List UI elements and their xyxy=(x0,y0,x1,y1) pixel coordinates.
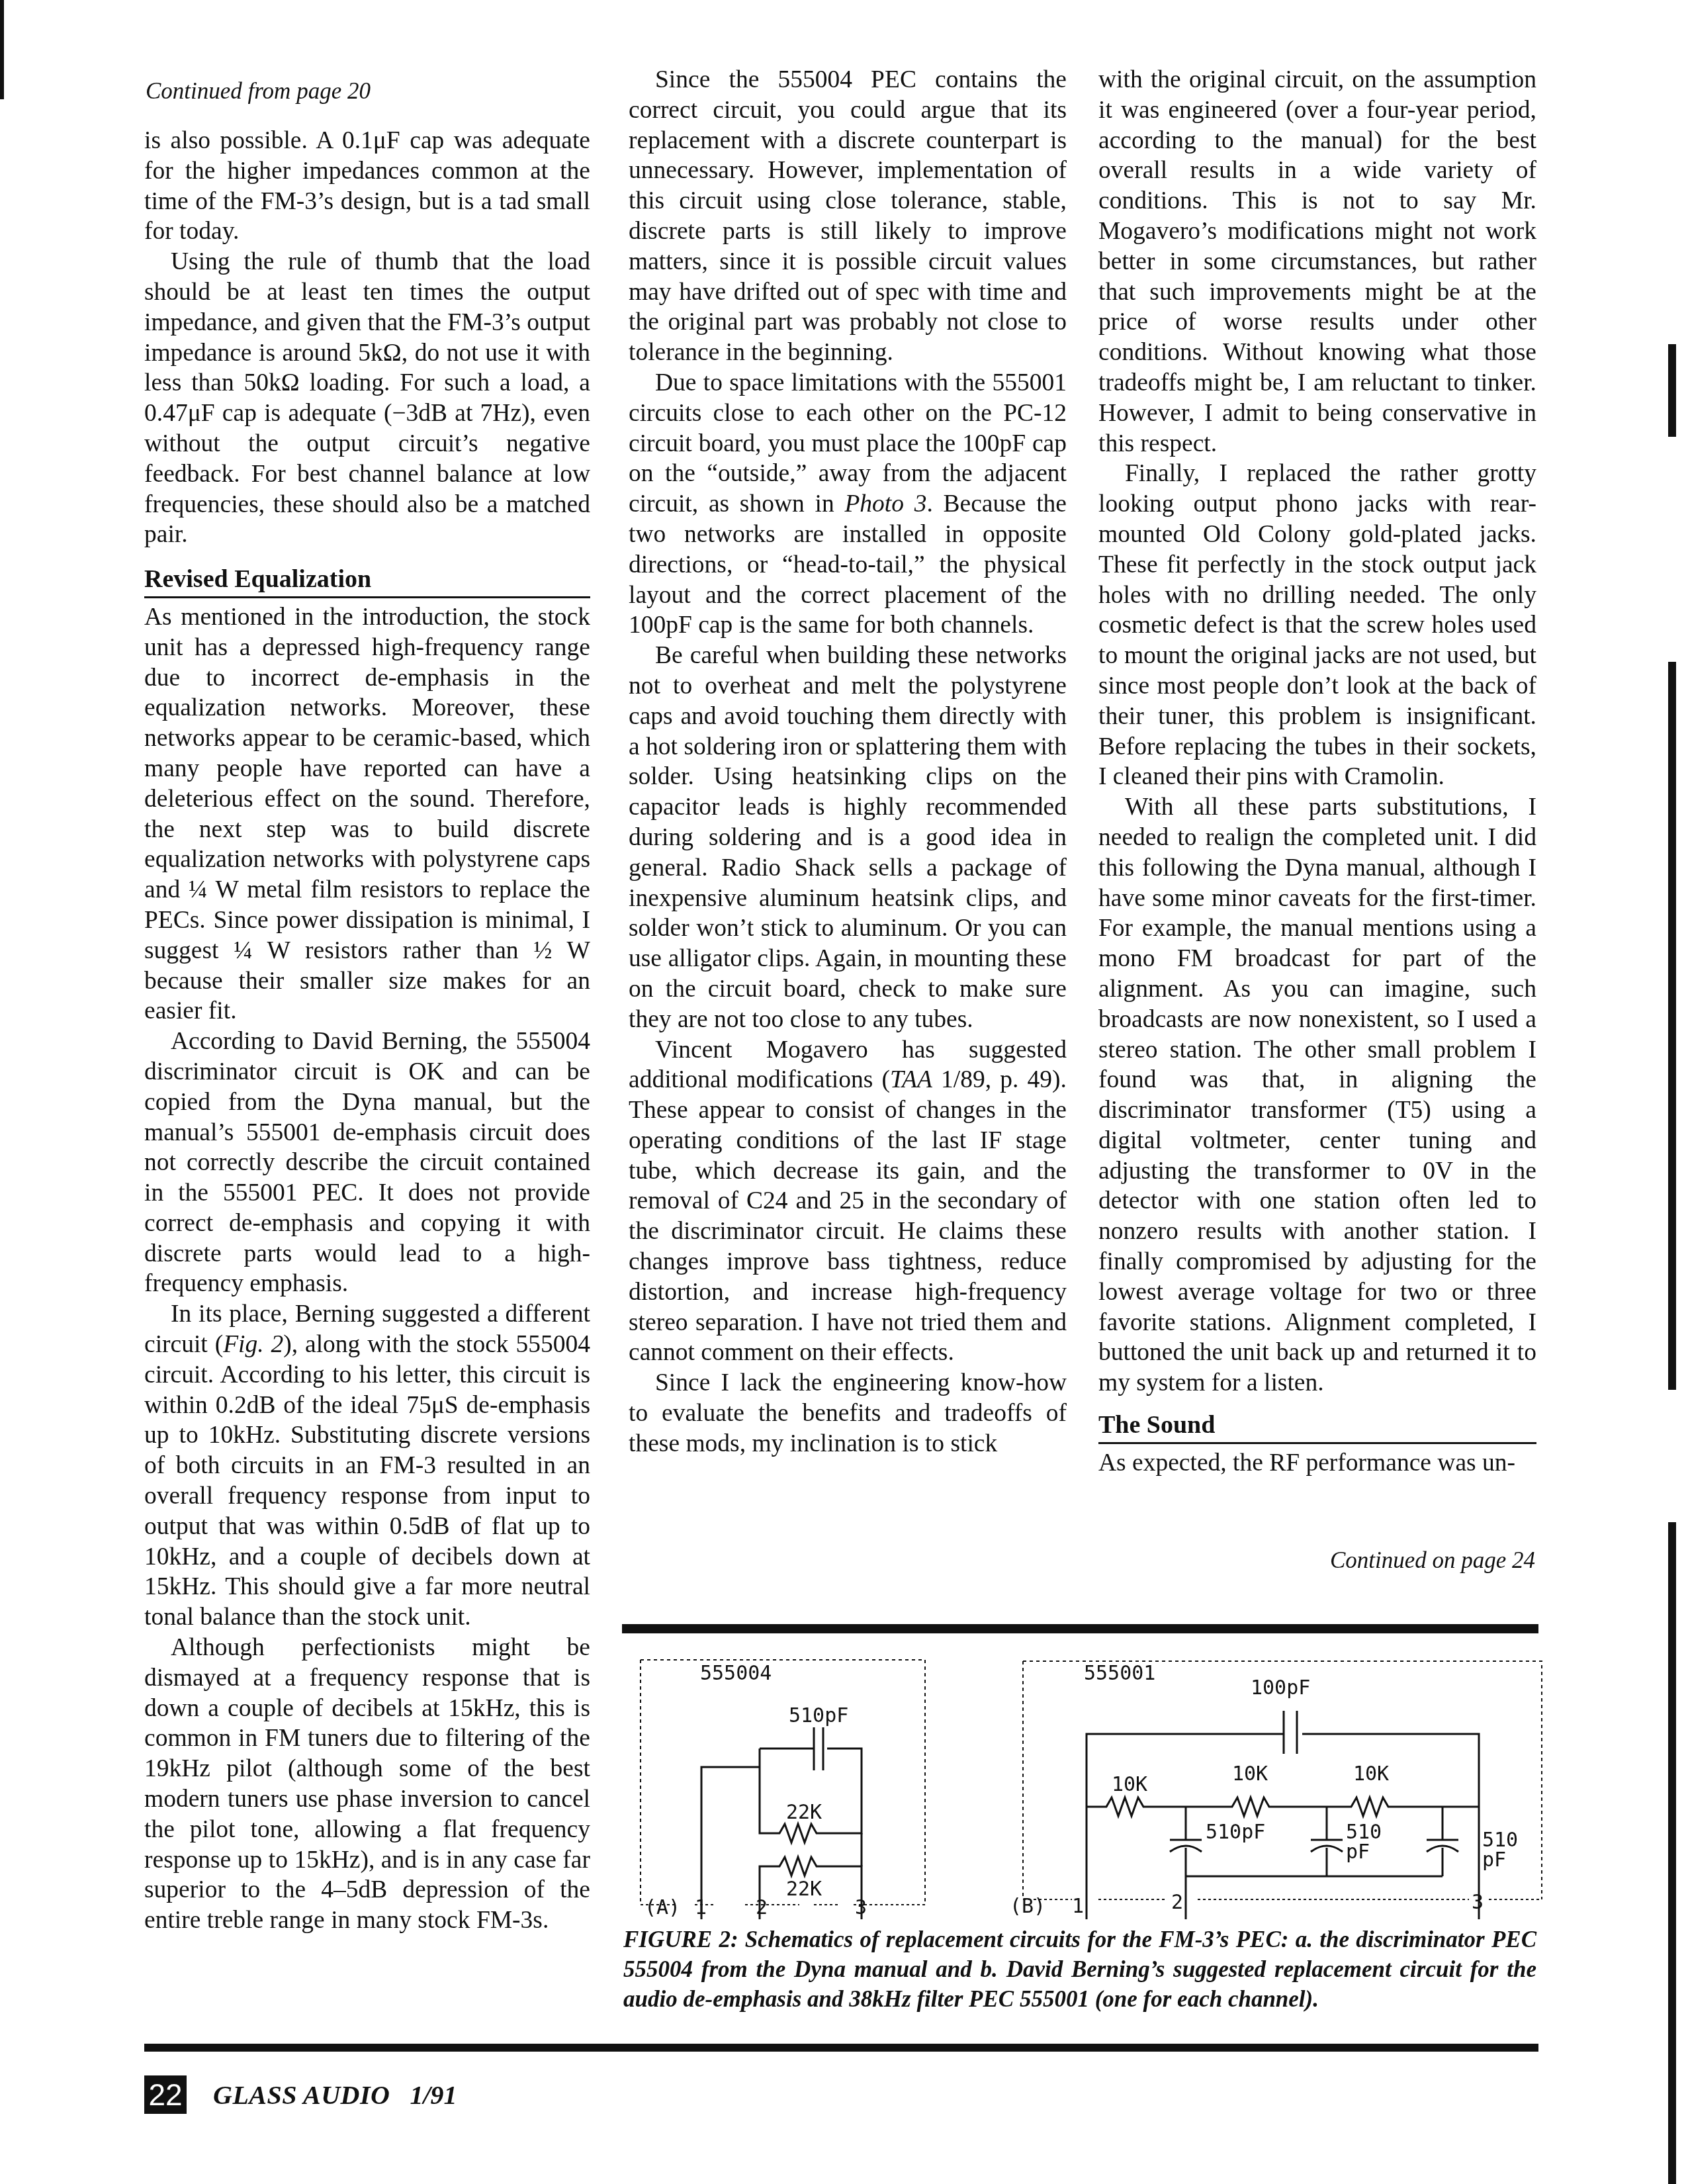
paragraph: is also possible. A 0.1μF cap was adequa… xyxy=(144,126,590,247)
cap-label: 510pF xyxy=(1206,1821,1265,1844)
paragraph: In its place, Berning suggested a differ… xyxy=(144,1299,590,1633)
figure-top-rule xyxy=(622,1624,1538,1633)
issue-number: 1/91 xyxy=(410,2079,457,2111)
resistor-label: 10K xyxy=(1353,1762,1389,1786)
section-heading-revised-equalization: Revised Equalization xyxy=(144,565,590,598)
footer-rule xyxy=(144,2044,1538,2052)
scan-edge-mark xyxy=(0,0,4,99)
paragraph: Vincent Mogavero has suggested additiona… xyxy=(629,1035,1067,1369)
paragraph: with the original circuit, on the assump… xyxy=(1098,65,1536,459)
pin-label: 1 xyxy=(1072,1895,1084,1918)
label-555001: 555001 xyxy=(1084,1662,1155,1685)
continued-on-note: Continued on page 24 xyxy=(1330,1547,1535,1574)
pin-label: 2 xyxy=(756,1896,768,1919)
label-22k-top: 22K xyxy=(786,1801,822,1824)
label-100pf: 100pF xyxy=(1251,1676,1310,1700)
resistor-label: 10K xyxy=(1112,1773,1147,1796)
paragraph: Due to space limitations with the 555001… xyxy=(629,368,1067,641)
cap-label: pF xyxy=(1482,1848,1506,1872)
paragraph: Finally, I replaced the rather grotty lo… xyxy=(1098,459,1536,792)
paragraph: As mentioned in the introduction, the st… xyxy=(144,602,590,1026)
figure-caption: FIGURE 2: Schematics of replacement circ… xyxy=(623,1925,1536,2014)
pin-label: 3 xyxy=(1472,1891,1484,1914)
paragraph: Since I lack the engineering know-how to… xyxy=(629,1368,1067,1459)
label-555004: 555004 xyxy=(700,1662,772,1685)
label-22k-bottom: 22K xyxy=(786,1878,822,1901)
right-column: with the original circuit, on the assump… xyxy=(1098,65,1536,1479)
figure-reference: Fig. 2 xyxy=(223,1331,283,1358)
cap-label: pF xyxy=(1346,1841,1370,1864)
pin-label: 2 xyxy=(1171,1891,1183,1914)
page-number: 22 xyxy=(144,2075,187,2114)
resistor-label: 10K xyxy=(1232,1762,1268,1786)
middle-column: Since the 555004 PEC contains the correc… xyxy=(629,65,1067,1459)
pin-label: 3 xyxy=(855,1896,867,1919)
paragraph: Although perfectionists might be dismaye… xyxy=(144,1633,590,1936)
photo-reference: Photo 3 xyxy=(844,490,926,518)
magazine-name: GLASS AUDIO xyxy=(213,2079,390,2111)
paragraph: With all these parts substitutions, I ne… xyxy=(1098,792,1536,1398)
label-510pf: 510pF xyxy=(789,1704,848,1727)
scan-edge-mark xyxy=(1668,662,1676,1390)
scan-edge-mark xyxy=(1668,344,1676,437)
scan-edge-mark xyxy=(1668,1522,1676,2184)
label-a-tag: (A) xyxy=(644,1896,680,1919)
section-heading-the-sound: The Sound xyxy=(1098,1410,1536,1444)
paragraph: Since the 555004 PEC contains the correc… xyxy=(629,65,1067,368)
paragraph: According to David Berning, the 555004 d… xyxy=(144,1026,590,1299)
figure-2-schematic: 555004 510pF 22K 22K (A) 1 2 3 555001 10… xyxy=(615,1641,1555,1919)
pin-label: 1 xyxy=(695,1896,707,1919)
page-footer: 22 GLASS AUDIO 1/91 xyxy=(144,2075,457,2114)
publication-reference: TAA xyxy=(890,1066,932,1093)
left-column: is also possible. A 0.1μF cap was adequa… xyxy=(144,126,590,1936)
paragraph: As expected, the RF performance was un- xyxy=(1098,1448,1536,1479)
continued-from-note: Continued from page 20 xyxy=(146,78,371,105)
paragraph: Be careful when building these networks … xyxy=(629,641,1067,1034)
label-b-tag: (B) xyxy=(1010,1895,1045,1918)
paragraph: Using the rule of thumb that the load sh… xyxy=(144,247,590,550)
